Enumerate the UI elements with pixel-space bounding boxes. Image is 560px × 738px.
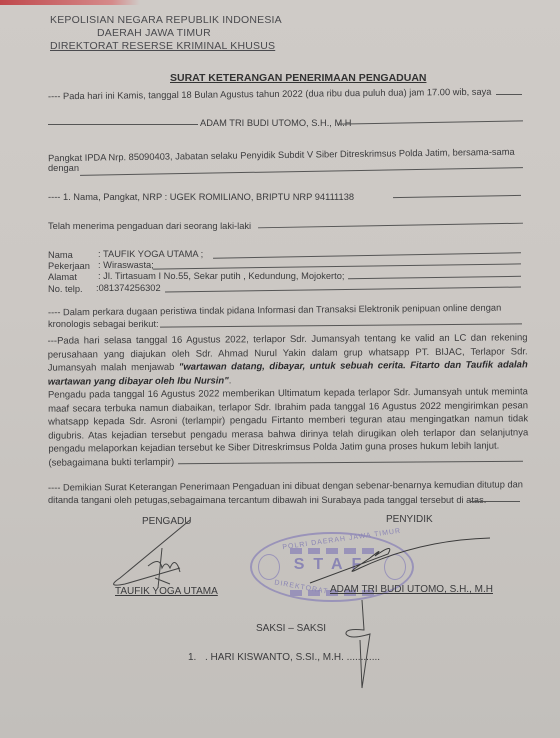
document-page: KEPOLISIAN NEGARA REPUBLIK INDONESIA DAE…: [0, 0, 560, 738]
chronology-paragraph-2: Pengadu pada tanggal 16 Agustus 2022 mem…: [48, 385, 528, 456]
complainant-name: TAUFIK YOGA UTAMA: [115, 586, 218, 597]
chronology: ---Pada hari selasa tanggal 16 Agustus 2…: [48, 331, 529, 469]
letterhead-line1: KEPOLISIAN NEGARA REPUBLIK INDONESIA: [50, 14, 282, 26]
case-line1: ---- Dalam perkara dugaan peristiwa tind…: [48, 303, 501, 318]
field-label-alamat: Alamat: [48, 272, 77, 282]
dengan-label: dengan: [48, 163, 79, 173]
investigator-name: ADAM TRI BUDI UTOMO, S.H., M.H: [330, 584, 493, 595]
field-value-alamat: : Jl. Tirtasuam I No.55, Sekar putih , K…: [98, 271, 345, 281]
field-label-pekerjaan: Pekerjaan: [48, 261, 90, 271]
chronology-attachment-note: (sebagaimana bukti terlampir): [48, 456, 174, 468]
letterhead-line3: DIREKTORAT RESERSE KRIMINAL KHUSUS: [50, 40, 275, 52]
investigator-label: PENYIDIK: [386, 514, 433, 525]
complainant-signature: [100, 518, 210, 588]
closing-line1: ---- Demikian Surat Keterangan Penerimaa…: [48, 479, 523, 492]
closing-line2: ditanda tangani oleh petugas,sebagaimana…: [48, 495, 486, 505]
received-from: Telah menerima pengaduan dari seorang la…: [48, 221, 251, 231]
witness-signature: [340, 600, 380, 690]
officer-rank: Pangkat IPDA Nrp. 85090403, Jabatan sela…: [48, 147, 515, 164]
field-value-nama: : TAUFIK YOGA UTAMA ;: [98, 249, 203, 259]
letterhead-line2: DAERAH JAWA TIMUR: [97, 27, 211, 39]
case-line2: kronologis sebagai berikut:: [48, 319, 159, 329]
document-title: SURAT KETERANGAN PENERIMAAN PENGADUAN: [170, 72, 426, 84]
field-value-pekerjaan: : Wiraswasta;: [98, 260, 154, 270]
officer-name: ADAM TRI BUDI UTOMO, S.H., M.H: [200, 118, 352, 128]
field-label-telp: No. telp.: [48, 284, 83, 294]
field-label-nama: Nama: [48, 250, 73, 260]
team-member: ---- 1. Nama, Pangkat, NRP : UGEK ROMILI…: [48, 192, 354, 202]
field-value-telp: :081374256302: [96, 283, 161, 293]
witness-number: 1.: [188, 652, 196, 663]
opening-line: ---- Pada hari ini Kamis, tanggal 18 Bul…: [48, 87, 492, 102]
witnesses-heading: SAKSI – SAKSI: [256, 623, 326, 634]
investigator-signature: [300, 528, 500, 578]
chronology-paragraph-1: ---Pada hari selasa tanggal 16 Agustus 2…: [48, 331, 528, 388]
